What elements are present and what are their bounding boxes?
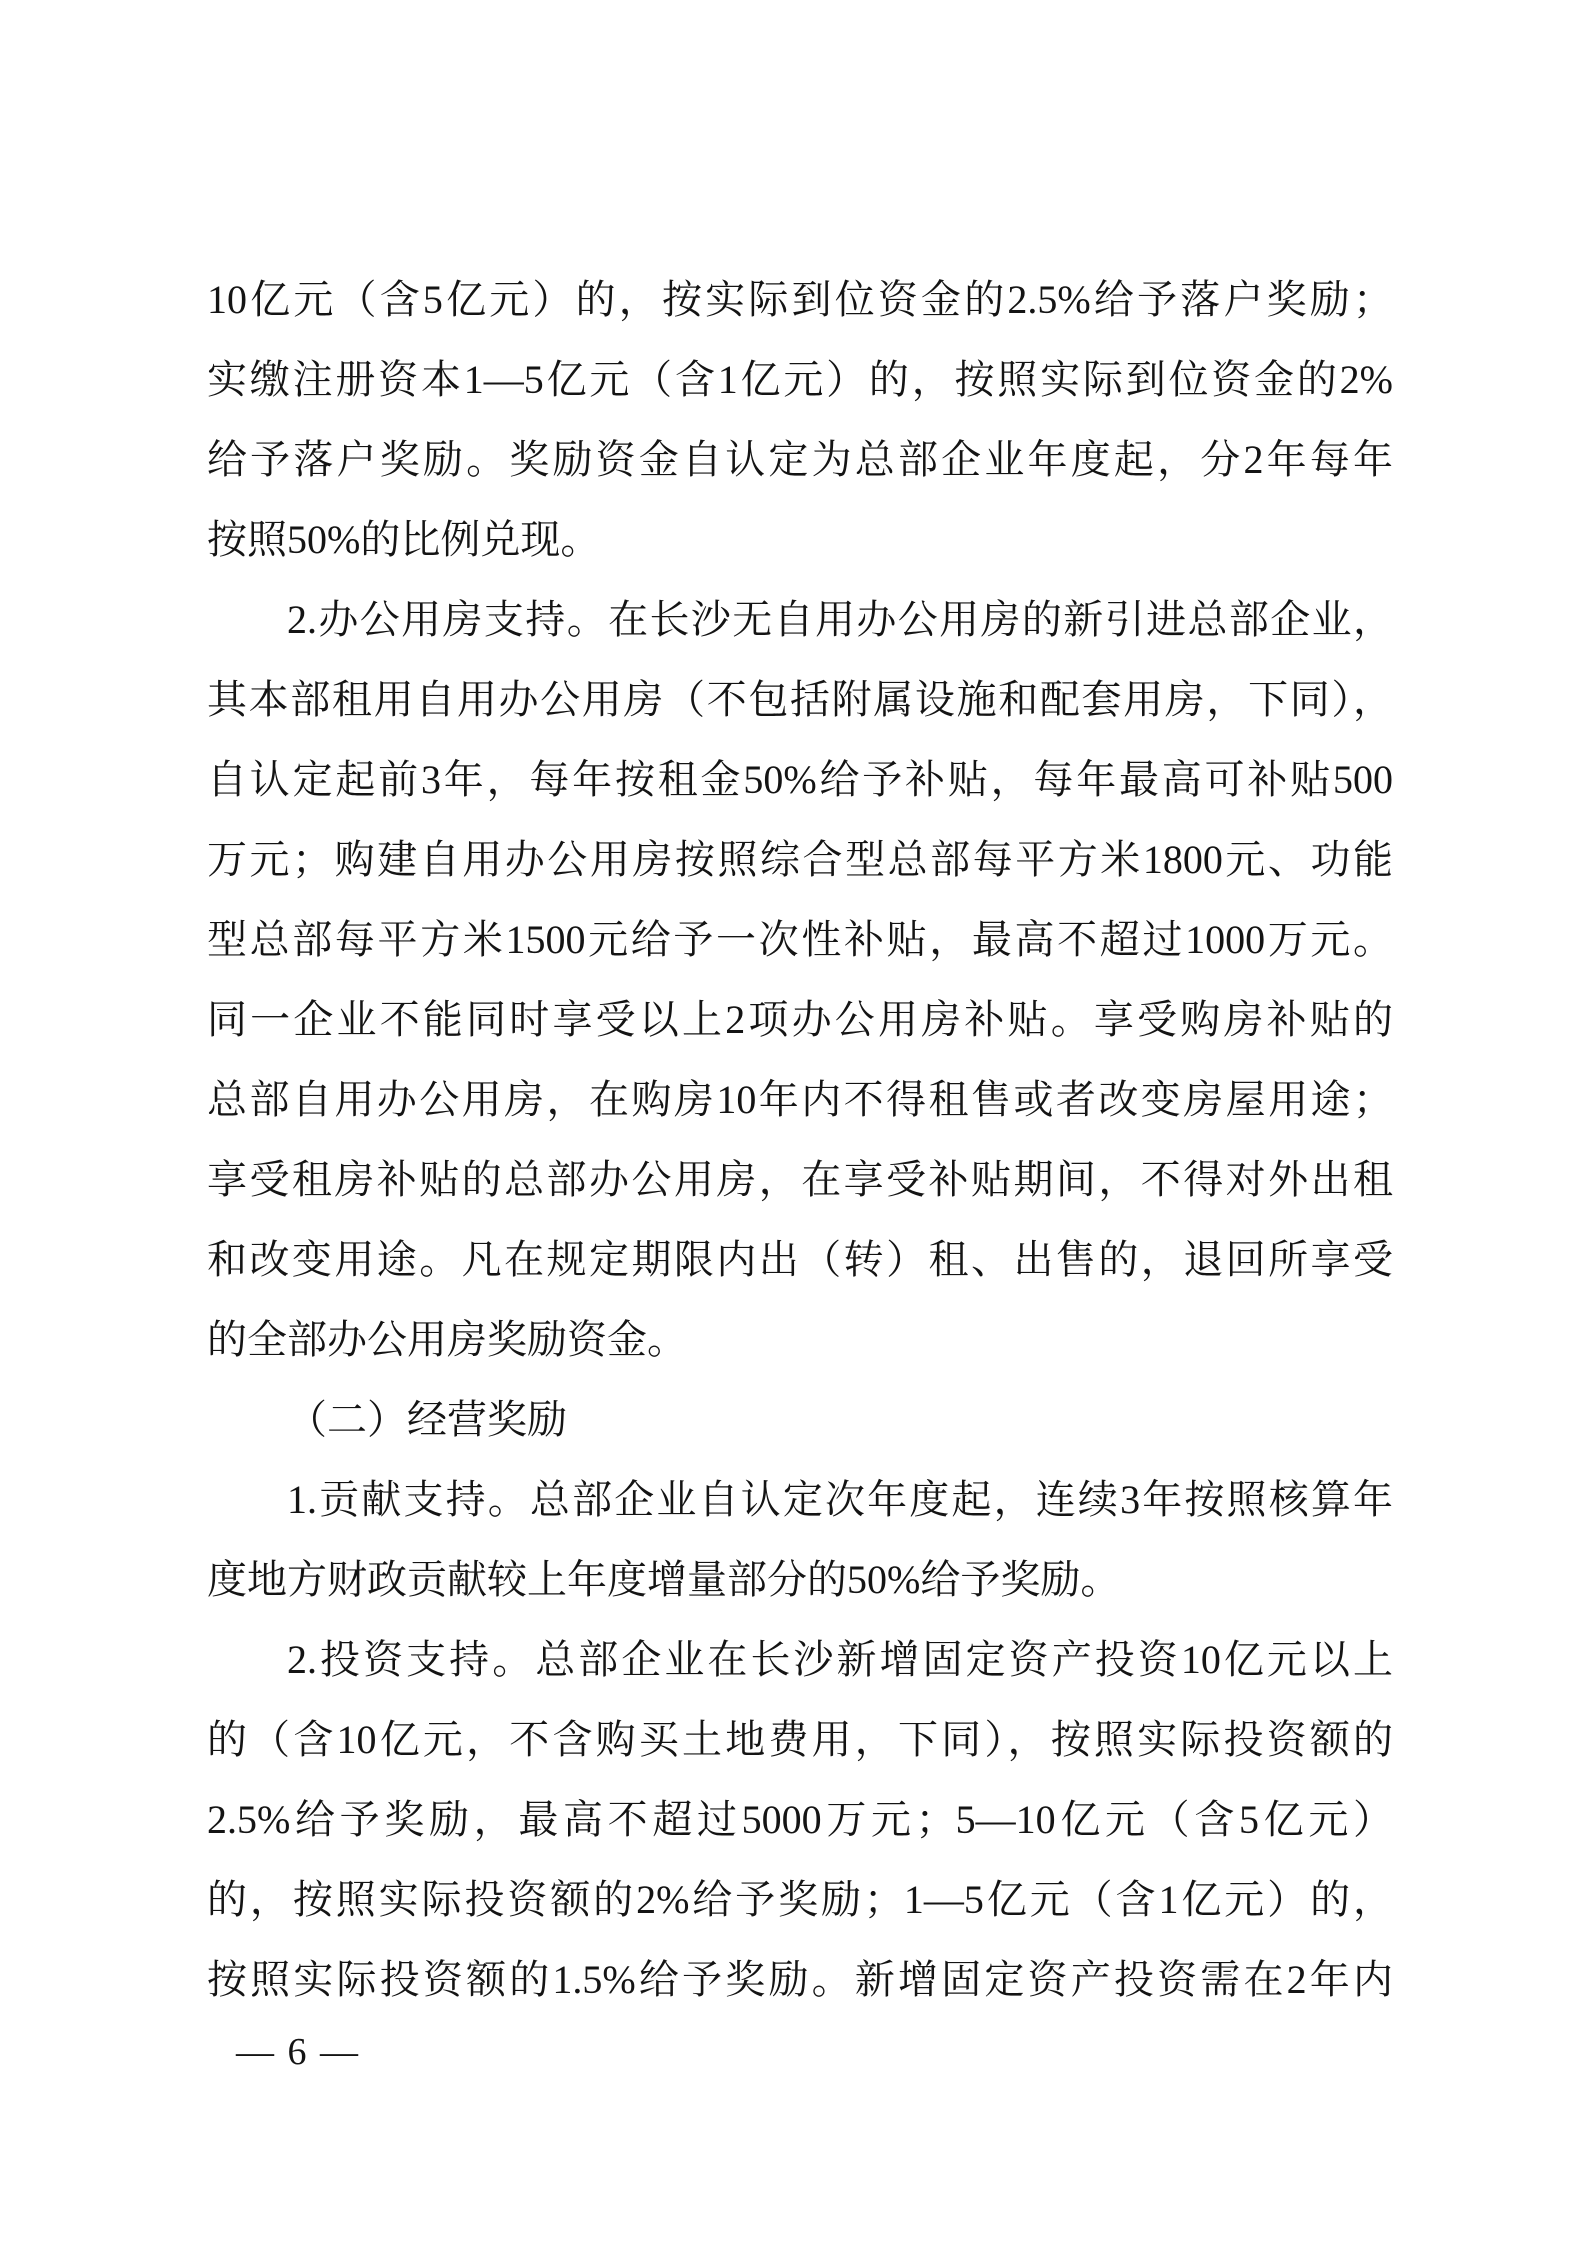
- text-line: 实缴注册资本1—5亿元（含1亿元）的，按照实际到位资金的2%: [207, 340, 1393, 420]
- text-line: 总部自用办公用房，在购房10年内不得租售或者改变房屋用途；: [207, 1060, 1393, 1140]
- text-line: 万元；购建自用办公用房按照综合型总部每平方米1800元、功能: [207, 820, 1393, 900]
- page-number: — 6 —: [236, 2030, 360, 2074]
- text-line: 给予落户奖励。奖励资金自认定为总部企业年度起，分2年每年: [207, 420, 1393, 500]
- text-line: 其本部租用自用办公用房（不包括附属设施和配套用房，下同），: [207, 660, 1393, 740]
- text-line: 1.贡献支持。总部企业自认定次年度起，连续3年按照核算年: [207, 1460, 1393, 1540]
- text-line: 的（含10亿元，不含购买土地费用，下同），按照实际投资额的: [207, 1700, 1393, 1780]
- text-line: 2.投资支持。总部企业在长沙新增固定资产投资10亿元以上: [207, 1620, 1393, 1700]
- text-line: （二）经营奖励: [207, 1380, 1393, 1460]
- text-line: 的，按照实际投资额的2%给予奖励；1—5亿元（含1亿元）的，: [207, 1860, 1393, 1940]
- text-line: 10亿元（含5亿元）的，按实际到位资金的2.5%给予落户奖励；: [207, 260, 1393, 340]
- text-line: 和改变用途。凡在规定期限内出（转）租、出售的，退回所享受: [207, 1220, 1393, 1300]
- body-text: 10亿元（含5亿元）的，按实际到位资金的2.5%给予落户奖励；实缴注册资本1—5…: [207, 260, 1393, 2020]
- text-line: 的全部办公用房奖励资金。: [207, 1300, 1393, 1380]
- document-page: 10亿元（含5亿元）的，按实际到位资金的2.5%给予落户奖励；实缴注册资本1—5…: [0, 0, 1587, 2245]
- text-line: 同一企业不能同时享受以上2项办公用房补贴。享受购房补贴的: [207, 980, 1393, 1060]
- text-line: 自认定起前3年，每年按租金50%给予补贴，每年最高可补贴500: [207, 740, 1393, 820]
- text-line: 型总部每平方米1500元给予一次性补贴，最高不超过1000万元。: [207, 900, 1393, 980]
- text-line: 按照实际投资额的1.5%给予奖励。新增固定资产投资需在2年内: [207, 1940, 1393, 2020]
- text-line: 2.办公用房支持。在长沙无自用办公用房的新引进总部企业，: [207, 580, 1393, 660]
- text-line: 按照50%的比例兑现。: [207, 500, 1393, 580]
- text-line: 享受租房补贴的总部办公用房，在享受补贴期间，不得对外出租: [207, 1140, 1393, 1220]
- text-line: 2.5%给予奖励，最高不超过5000万元；5—10亿元（含5亿元）: [207, 1780, 1393, 1860]
- text-line: 度地方财政贡献较上年度增量部分的50%给予奖励。: [207, 1540, 1393, 1620]
